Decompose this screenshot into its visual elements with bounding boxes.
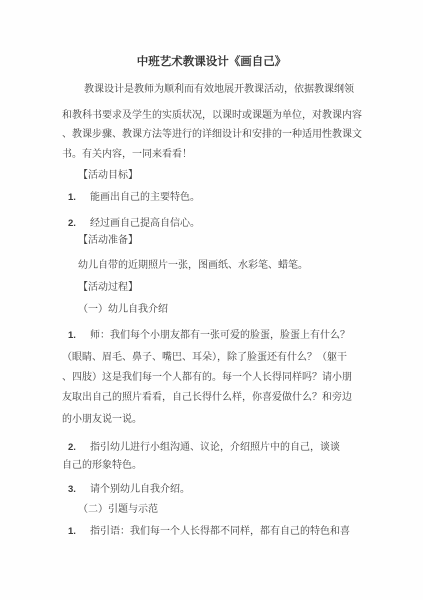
part2-item-1-number: 1. — [68, 525, 90, 538]
intro-line-1: 教课设计是教师为顺利而有效地展开教课活动，依据教课纲领 — [84, 83, 354, 96]
part1-item-2-text-1: 指引幼儿进行小组沟通、议论，介绍照片中的自己，谈谈 — [90, 442, 340, 453]
part1-item-3: 3.请个别幼儿自我介绍。 — [68, 483, 190, 496]
part2-item-1-text: 指引语：我们每一个人长得都不同样，都有自己的特色和喜 — [90, 526, 350, 537]
goal-item-2-number: 2. — [68, 217, 90, 230]
subsection-heading-part1: （一）幼儿自我介绍 — [78, 303, 168, 316]
part1-item-1-text-1: 师：我们每个小朋友都有一张可爱的脸蛋，脸蛋上有什么？ — [90, 330, 350, 341]
doc-title: 中班艺术教课设计《画自己》 — [0, 56, 423, 69]
part1-item-1-line-2: （眼睛、眉毛、鼻子、嘴巴、耳朵），除了脸蛋还有什么？（躯干 — [62, 351, 347, 364]
part1-item-2-line-1: 2.指引幼儿进行小组沟通、议论，介绍照片中的自己，谈谈 — [68, 441, 340, 454]
goal-item-1: 1.能画出自己的主要特色。 — [68, 191, 200, 204]
subsection-heading-part2: （二）引题与示范 — [78, 503, 158, 516]
section-heading-preparation: 【活动准备】 — [78, 234, 138, 247]
part1-item-1-line-4: 友取出自己的照片看看，自己长得什么样，你喜爱做什么？和旁边 — [62, 391, 352, 404]
goal-item-2: 2.经过画自己提高自信心。 — [68, 217, 200, 230]
section-heading-process: 【活动过程】 — [78, 281, 138, 294]
goal-item-1-number: 1. — [68, 191, 90, 204]
intro-line-3: 、教课步骤、教课方法等进行的详细设计和安排的一种适用性教课文 — [62, 128, 362, 141]
part1-item-3-text: 请个别幼儿自我介绍。 — [90, 484, 190, 495]
part1-item-2-line-2: 自己的形象特色。 — [62, 459, 142, 472]
part1-item-1-number: 1. — [68, 329, 90, 342]
part1-item-1-line-3: 、四肢）这是我们每一个人都有的。每一个人长得同样吗？请小朋 — [62, 371, 352, 384]
goal-item-2-text: 经过画自己提高自信心。 — [90, 218, 200, 229]
part1-item-3-number: 3. — [68, 483, 90, 496]
part2-item-1: 1.指引语：我们每一个人长得都不同样，都有自己的特色和喜 — [68, 525, 350, 538]
part1-item-1-line-5: 的小朋友说一说。 — [62, 413, 142, 426]
part1-item-1-line-1: 1.师：我们每个小朋友都有一张可爱的脸蛋，脸蛋上有什么？ — [68, 329, 350, 342]
intro-line-2: 和教科书要求及学生的实质状况，以课时或课题为单位，对教课内容 — [62, 109, 362, 122]
preparation-text: 幼儿自带的近期照片一张，图画纸、水彩笔、蜡笔。 — [78, 259, 308, 272]
section-heading-goals: 【活动目标】 — [78, 169, 138, 182]
document-page: 中班艺术教课设计《画自己》 教课设计是教师为顺利而有效地展开教课活动，依据教课纲… — [0, 0, 423, 600]
goal-item-1-text: 能画出自己的主要特色。 — [90, 192, 200, 203]
part1-item-2-number: 2. — [68, 441, 90, 454]
intro-line-4: 书。有关内容，一同来看看！ — [62, 148, 192, 161]
